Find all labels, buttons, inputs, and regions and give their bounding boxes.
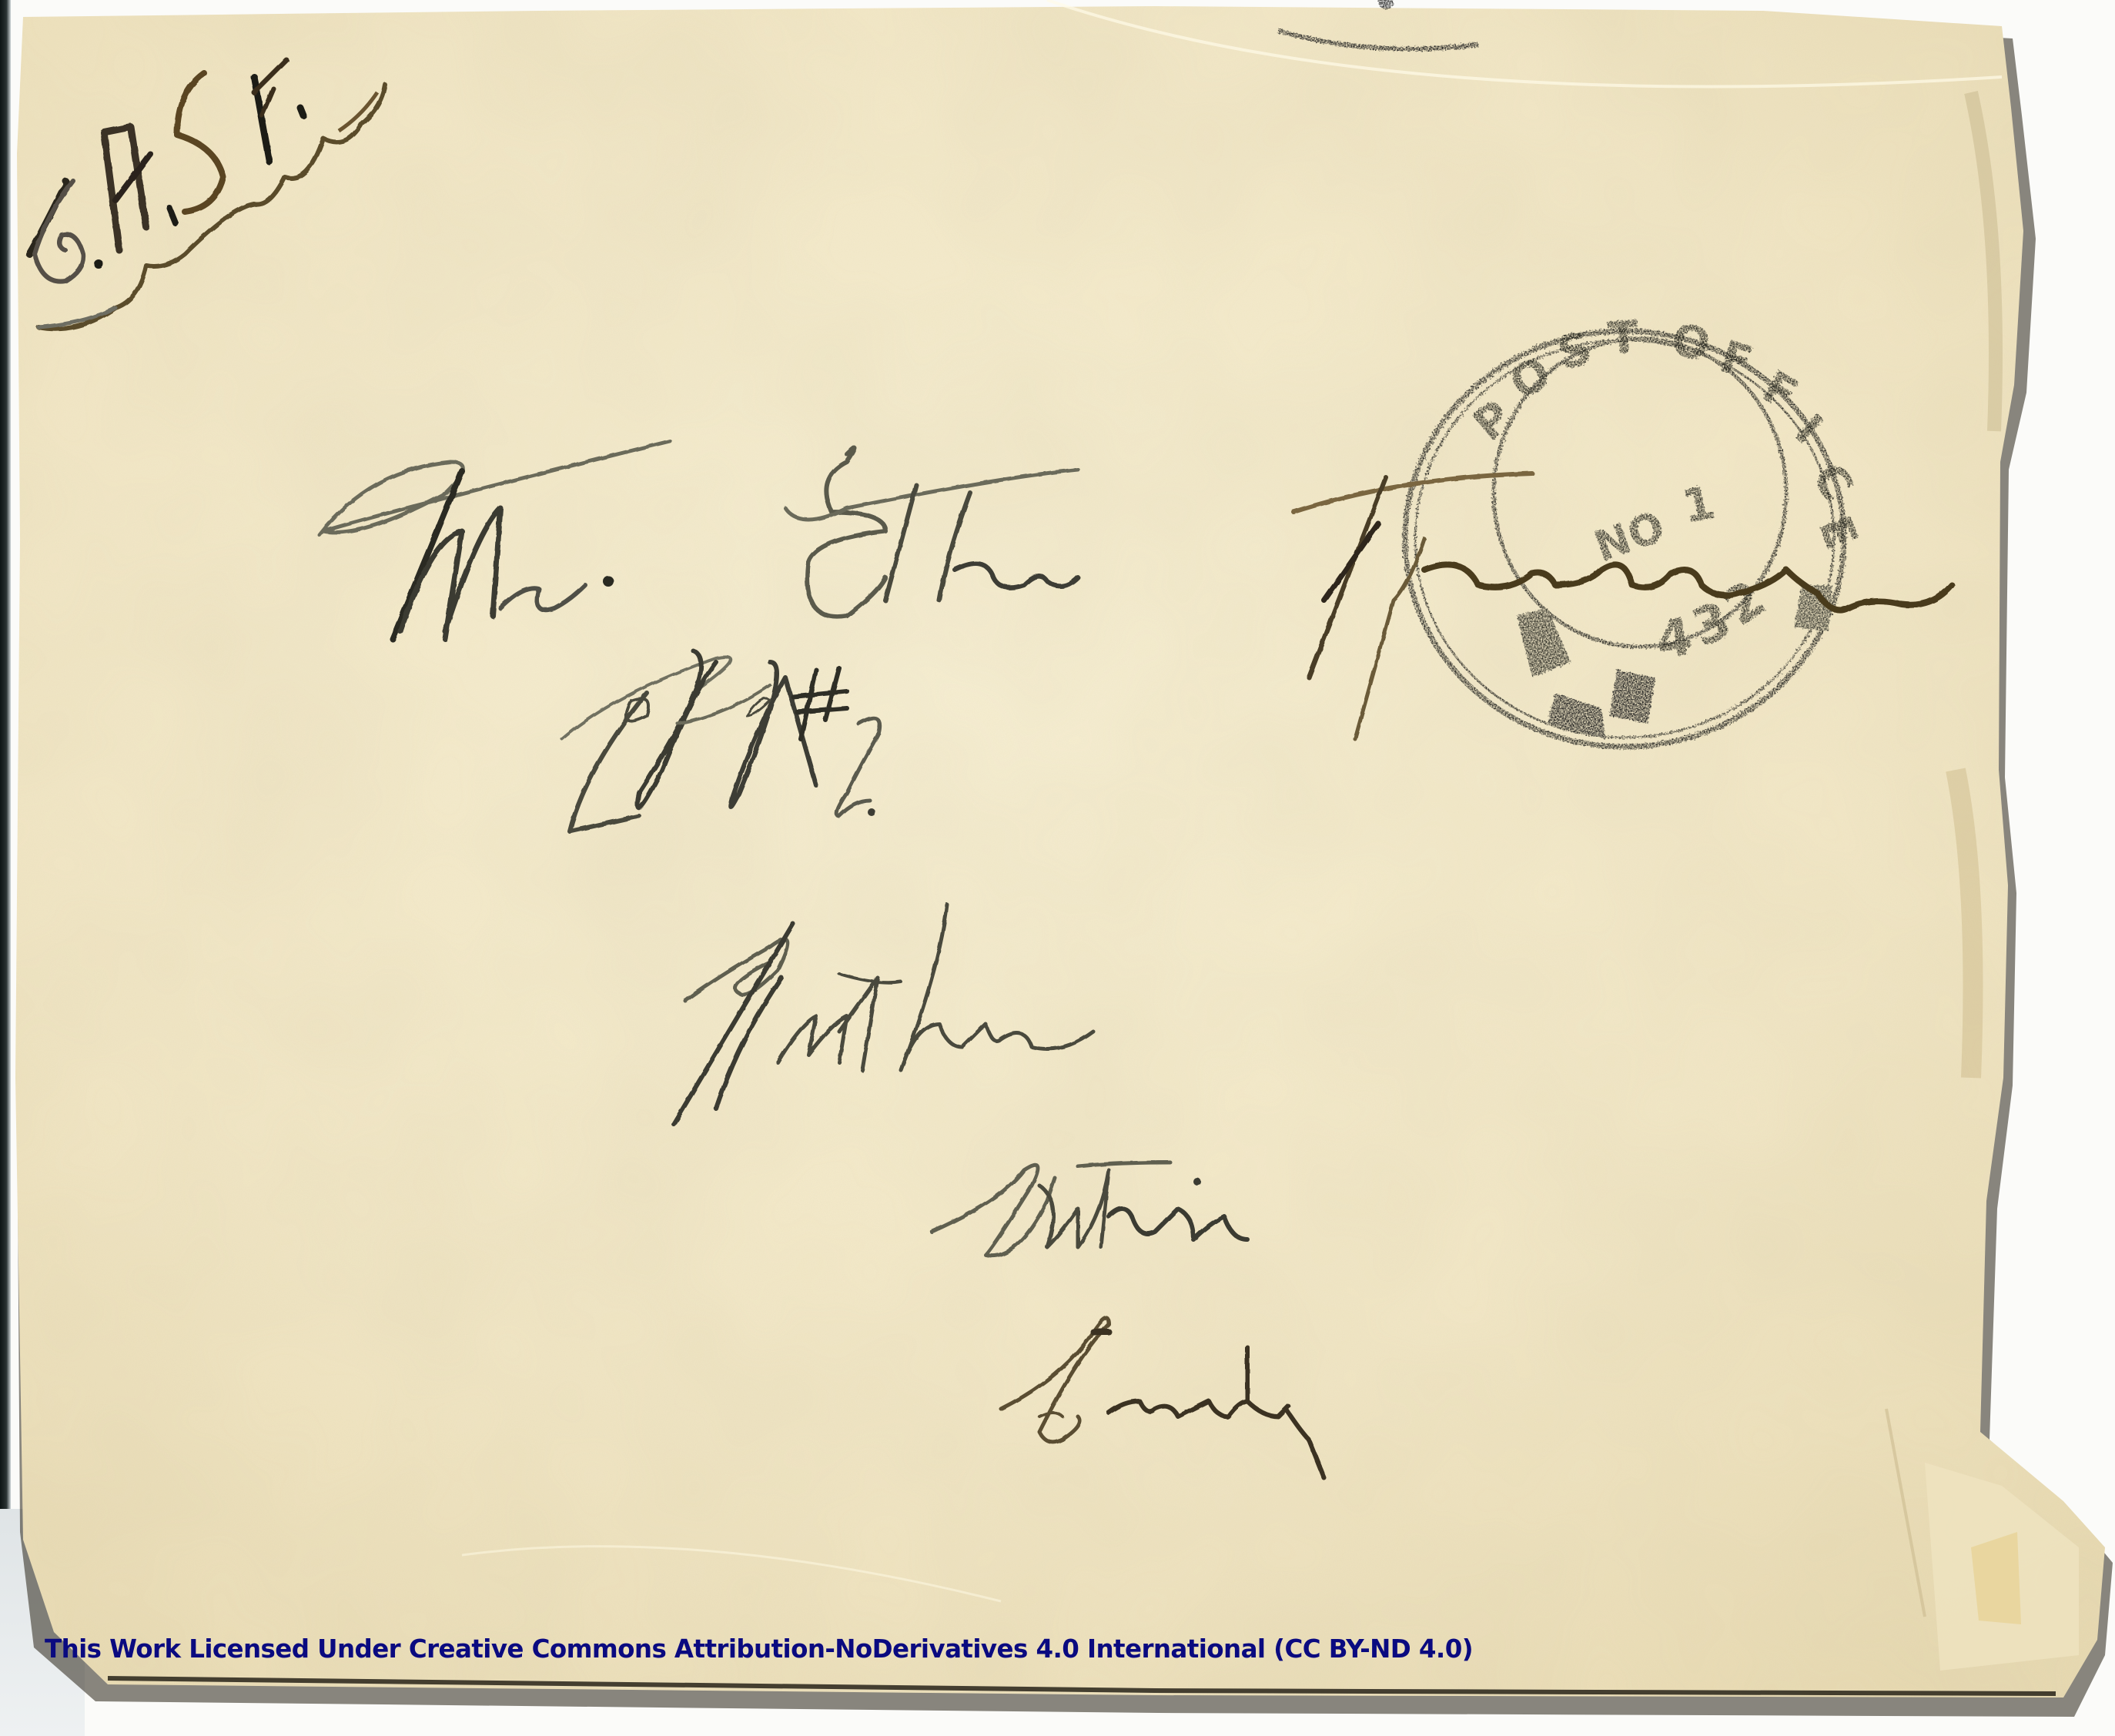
envelope: P O S T O F F I C E NO 1 4 3 2 [0,0,2115,1736]
license-caption: This Work Licensed Under Creative Common… [45,1634,1473,1664]
svg-text:O: O [1670,314,1713,370]
scan-canvas: P O S T O F F I C E NO 1 4 3 2 [0,0,2115,1736]
svg-text:T: T [1606,310,1641,365]
